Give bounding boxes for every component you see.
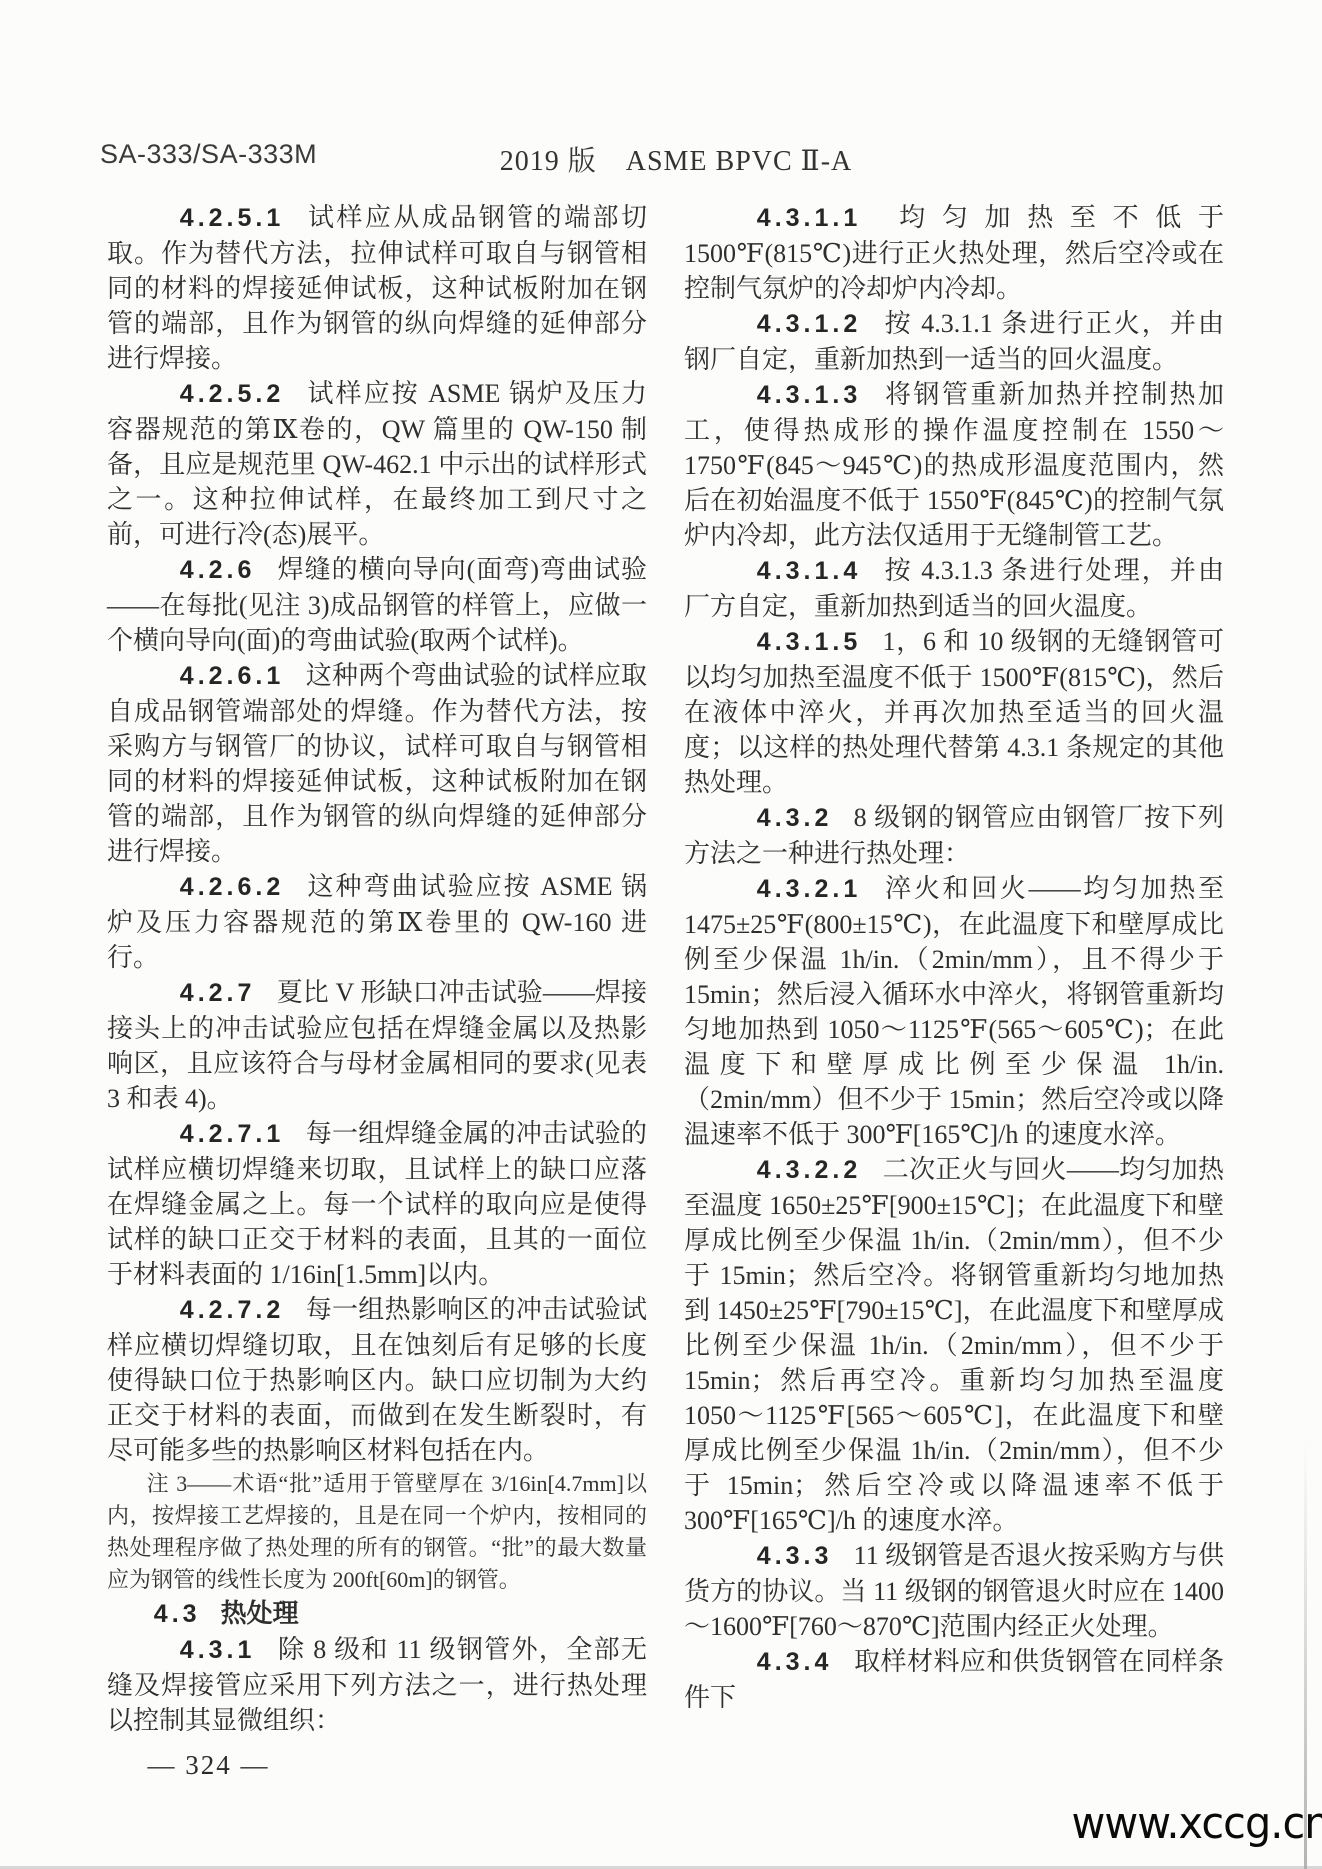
- paragraph: 4.2.5.1试样应从成品钢管的端部切取。作为替代方法，拉伸试样可取自与钢管相同…: [107, 200, 647, 376]
- left-column: 4.2.5.1试样应从成品钢管的端部切取。作为替代方法，拉伸试样可取自与钢管相同…: [107, 200, 647, 1783]
- section-number: 4.3.2.2: [757, 1156, 861, 1184]
- paragraph: 4.2.7.1每一组焊缝金属的冲击试验的试样应横切焊缝来切取，且试样上的缺口应落…: [107, 1116, 647, 1292]
- section-number: 4.2.5.1: [180, 204, 284, 232]
- section-number: 4.3: [154, 1600, 201, 1628]
- text-columns: 4.2.5.1试样应从成品钢管的端部切取。作为替代方法，拉伸试样可取自与钢管相同…: [107, 200, 1224, 1783]
- section-number: 4.2.6: [180, 556, 256, 584]
- right-column: 4.3.1.1均匀加热至不低于 1500℉(815℃)进行正火热处理，然后空冷或…: [684, 200, 1224, 1783]
- paragraph: 4.2.7夏比 V 形缺口冲击试验——焊接接头上的冲击试验应包括在焊缝金属以及热…: [107, 975, 647, 1116]
- paragraph: 4.2.5.2试样应按 ASME 锅炉及压力容器规范的第Ⅸ卷的，QW 篇里的 Q…: [107, 376, 647, 552]
- section-number: 4.2.6.1: [180, 662, 284, 690]
- section-number: 4.3.1.1: [757, 204, 861, 232]
- paragraph: 4.2.7.2每一组热影响区的冲击试验试样应横切焊缝切取，且在蚀刻后有足够的长度…: [107, 1292, 647, 1468]
- section-number: 4.2.5.2: [180, 380, 284, 408]
- section-heading: 4.3热处理: [107, 1596, 647, 1632]
- section-number: 4.2.7.1: [180, 1120, 284, 1148]
- section-number: 4.3.1.5: [757, 628, 861, 656]
- paragraph: 4.3.2.2二次正火与回火——均匀加热至温度 1650±25℉[900±15℃…: [684, 1152, 1224, 1538]
- document-title: 2019 版 ASME BPVC Ⅱ-A: [500, 139, 853, 179]
- section-number: 4.3.1.3: [757, 381, 861, 409]
- document-code: SA-333/SA-333M: [100, 139, 317, 170]
- paragraph: 4.3.28 级钢的钢管应由钢管厂按下列方法之一种进行热处理：: [684, 800, 1224, 871]
- section-number: 4.3.2.1: [757, 875, 861, 903]
- paragraph: 4.2.6焊缝的横向导向(面弯)弯曲试验——在每批(见注 3)成品钢管的样管上，…: [107, 552, 647, 658]
- section-number: 4.3.2: [757, 804, 833, 832]
- paragraph: 4.3.1.4按 4.3.1.3 条进行处理，并由厂方自定，重新加热到适当的回火…: [684, 553, 1224, 624]
- document-page: SA-333/SA-333M 2019 版 ASME BPVC Ⅱ-A 4.2.…: [0, 0, 1322, 1869]
- section-number: 4.3.1.4: [757, 557, 861, 585]
- watermark: www.xccg.cn: [1072, 1798, 1322, 1849]
- section-number: 4.2.6.2: [180, 873, 284, 901]
- section-number: 4.3.1: [180, 1636, 256, 1664]
- paragraph: 4.3.311 级钢管是否退火按采购方与供货方的协议。当 11 级钢的钢管退火时…: [684, 1538, 1224, 1644]
- paragraph: 4.3.2.1淬火和回火——均匀加热至 1475±25℉(800±15℃)，在此…: [684, 871, 1224, 1152]
- paragraph: 4.3.1除 8 级和 11 级钢管外，全部无缝及焊接管应采用下列方法之一，进行…: [107, 1632, 647, 1738]
- page-number: — 324 —: [107, 1748, 647, 1783]
- paragraph: 4.3.1.51，6 和 10 级钢的无缝钢管可以均匀加热至温度不低于 1500…: [684, 624, 1224, 800]
- paragraph: 4.3.1.3将钢管重新加热并控制热加工，使得热成形的操作温度控制在 1550～…: [684, 377, 1224, 553]
- section-number: 4.3.3: [757, 1542, 833, 1570]
- section-number: 4.2.7: [180, 979, 256, 1007]
- note-paragraph: 注 3——术语“批”适用于管壁厚在 3/16in[4.7mm]以内，按焊接工艺焊…: [107, 1468, 647, 1596]
- section-number: 4.3.1.2: [757, 310, 861, 338]
- paragraph: 4.2.6.2这种弯曲试验应按 ASME 锅炉及压力容器规范的第Ⅸ卷里的 QW-…: [107, 869, 647, 975]
- section-number: 4.3.4: [757, 1648, 833, 1676]
- paragraph: 4.3.4取样材料应和供货钢管在同样条件下: [684, 1644, 1224, 1715]
- paragraph: 4.3.1.1均匀加热至不低于 1500℉(815℃)进行正火热处理，然后空冷或…: [684, 200, 1224, 306]
- paragraph: 4.3.1.2按 4.3.1.1 条进行正火，并由钢厂自定，重新加热到一适当的回…: [684, 306, 1224, 377]
- page-header: SA-333/SA-333M 2019 版 ASME BPVC Ⅱ-A: [0, 139, 1322, 173]
- paragraph: 4.2.6.1这种两个弯曲试验的试样应取自成品钢管端部处的焊缝。作为替代方法，按…: [107, 658, 647, 869]
- section-number: 4.2.7.2: [180, 1296, 284, 1324]
